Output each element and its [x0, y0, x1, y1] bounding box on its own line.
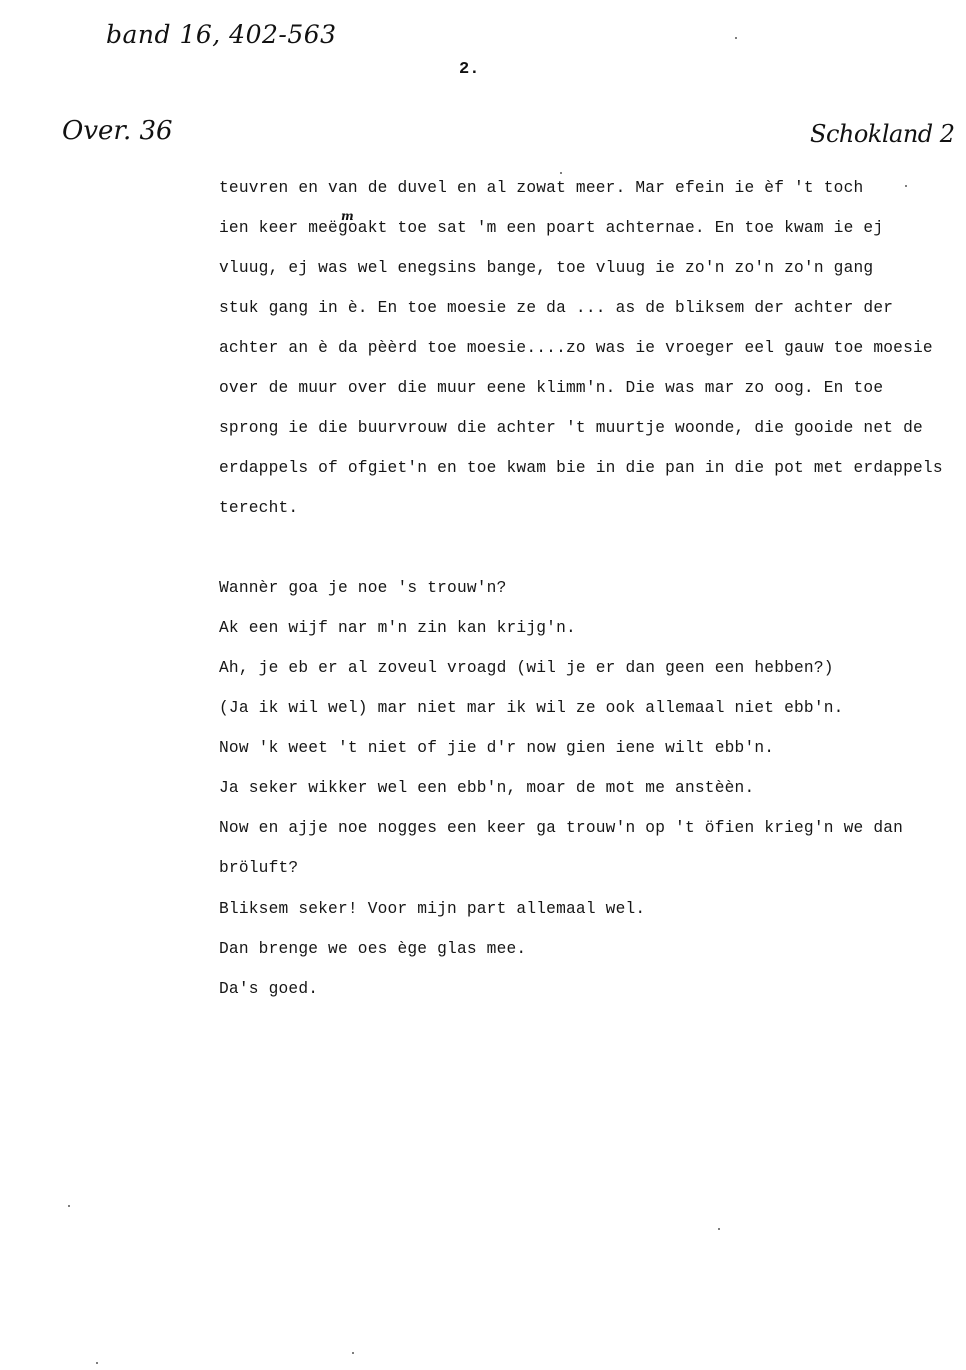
handwritten-left-annotation: Over. 36 [62, 116, 173, 146]
document-page: band 16, 402-563 2. Over. 36 Schokland 2… [0, 0, 966, 1370]
paragraph-line: ien keer meëgoakt toe sat 'm een poart a… [219, 219, 883, 237]
paragraph-line: erdappels of ofgiet'n en toe kwam bie in… [219, 459, 943, 477]
scan-speck [96, 1362, 98, 1364]
dialogue-line: Wannèr goa je noe 's trouw'n? [219, 579, 507, 597]
paragraph-line: teuvren en van de duvel en al zowat meer… [219, 179, 863, 197]
dialogue-line: Bliksem seker! Voor mijn part allemaal w… [219, 900, 645, 918]
paragraph-line: terecht. [219, 499, 298, 517]
handwritten-reference: band 16, 402-563 [106, 20, 337, 49]
dialogue-line: Now 'k weet 't niet of jie d'r now gien … [219, 739, 774, 757]
scan-speck [352, 1352, 354, 1354]
dialogue-line: (Ja ik wil wel) mar niet mar ik wil ze o… [219, 699, 844, 717]
scan-speck [735, 37, 737, 39]
dialogue-line: Da's goed. [219, 980, 318, 998]
scan-speck [718, 1228, 720, 1230]
paragraph-line: over de muur over die muur eene klimm'n.… [219, 379, 883, 397]
dialogue-line: Ah, je eb er al zoveul vroagd (wil je er… [219, 659, 834, 677]
paragraph-line: achter an è da pèèrd toe moesie....zo wa… [219, 339, 933, 357]
dialogue-line: bröluft? [219, 859, 298, 877]
dialogue-line: Ak een wijf nar m'n zin kan krijg'n. [219, 619, 576, 637]
handwritten-right-annotation: Schokland 2 [810, 120, 955, 148]
paragraph-line: sprong ie die buurvrouw die achter 't mu… [219, 419, 923, 437]
scan-speck [68, 1205, 70, 1207]
dialogue-line: Ja seker wikker wel een ebb'n, moar de m… [219, 779, 754, 797]
scan-speck [560, 172, 562, 174]
scan-speck [905, 185, 907, 187]
paragraph-line: vluug, ej was wel enegsins bange, toe vl… [219, 259, 873, 277]
dialogue-line: Now en ajje noe nogges een keer ga trouw… [219, 819, 903, 837]
dialogue-line: Dan brenge we oes ège glas mee. [219, 940, 526, 958]
page-number: 2. [459, 60, 479, 79]
paragraph-line: stuk gang in è. En toe moesie ze da ... … [219, 299, 893, 317]
